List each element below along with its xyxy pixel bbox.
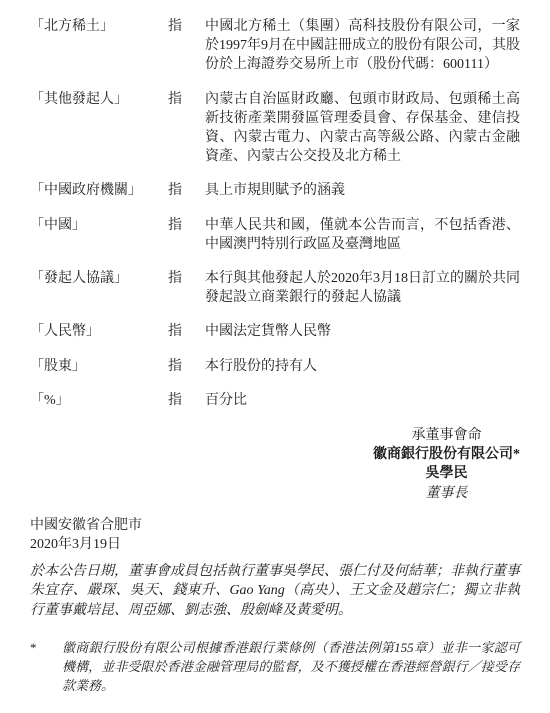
definition-row-percent: 「%」 指 百分比 [30, 391, 520, 410]
definition-connector: 指 [168, 391, 205, 410]
definition-term: 「北方稀土」 [30, 17, 168, 75]
signer-name: 吳學民 [373, 464, 520, 483]
definition-text: 內蒙古自治區財政廳、包頭市財政局、包頭稀土高新技術產業開發區管理委員會、存保基金… [205, 90, 520, 167]
definition-connector: 指 [168, 17, 205, 75]
footnote-marker: * [30, 638, 62, 695]
signer-title: 董事長 [373, 484, 520, 503]
definition-text: 本行股份的持有人 [205, 357, 520, 376]
signature-block: 承董事會命 徽商銀行股份有限公司* 吳學民 董事長 [373, 426, 520, 503]
definition-connector: 指 [168, 269, 205, 307]
footnote-text: 徽商銀行股份有限公司根據香港銀行業條例（香港法例第155章）並非一家認可機構，並… [62, 638, 520, 695]
definition-text: 百分比 [205, 391, 520, 410]
place-date-block: 中國安徽省合肥市 2020年3月19日 [30, 516, 520, 554]
definition-term: 「人民幣」 [30, 322, 168, 341]
place-line: 中國安徽省合肥市 [30, 516, 520, 535]
definition-term: 「中國」 [30, 216, 168, 254]
definition-row-shareholders: 「股東」 指 本行股份的持有人 [30, 357, 520, 376]
definitions-list: 「北方稀土」 指 中國北方稀土（集團）高科技股份有限公司，一家於1997年9月在… [30, 17, 520, 410]
definition-row-other-promoters: 「其他發起人」 指 內蒙古自治區財政廳、包頭市財政局、包頭稀土高新技術產業開發區… [30, 90, 520, 167]
definition-text: 中國法定貨幣人民幣 [205, 322, 520, 341]
definition-connector: 指 [168, 90, 205, 167]
definition-term: 「其他發起人」 [30, 90, 168, 167]
date-line: 2020年3月19日 [30, 535, 520, 554]
definition-row-beifang-xitu: 「北方稀土」 指 中國北方稀土（集團）高科技股份有限公司，一家於1997年9月在… [30, 17, 520, 75]
definition-row-rmb: 「人民幣」 指 中國法定貨幣人民幣 [30, 322, 520, 341]
definition-term: 「%」 [30, 391, 168, 410]
definition-row-prc-government: 「中國政府機關」 指 具上市規則賦予的涵義 [30, 181, 520, 200]
definition-text: 本行與其他發起人於2020年3月18日訂立的關於共同發起設立商業銀行的發起人協議 [205, 269, 520, 307]
definition-term: 「發起人協議」 [30, 269, 168, 307]
footnote-block: * 徽商銀行股份有限公司根據香港銀行業條例（香港法例第155章）並非一家認可機構… [30, 638, 520, 695]
definition-text: 具上市規則賦予的涵義 [205, 181, 520, 200]
definition-connector: 指 [168, 216, 205, 254]
definition-connector: 指 [168, 181, 205, 200]
definition-row-promoters-agreement: 「發起人協議」 指 本行與其他發起人於2020年3月18日訂立的關於共同發起設立… [30, 269, 520, 307]
by-order-of-board-line: 承董事會命 [373, 426, 520, 445]
definition-term: 「中國政府機關」 [30, 181, 168, 200]
definition-row-china: 「中國」 指 中華人民共和國，僅就本公告而言，不包括香港、中國澳門特別行政區及臺… [30, 216, 520, 254]
definition-connector: 指 [168, 357, 205, 376]
definition-text: 中國北方稀土（集團）高科技股份有限公司，一家於1997年9月在中國註冊成立的股份… [205, 17, 520, 75]
board-composition-note: 於本公告日期，董事會成員包括執行董事吳學民、張仁付及何結華；非執行董事朱宜存、嚴… [30, 562, 520, 620]
definition-text: 中華人民共和國，僅就本公告而言，不包括香港、中國澳門特別行政區及臺灣地區 [205, 216, 520, 254]
definition-connector: 指 [168, 322, 205, 341]
announcement-page: 「北方稀土」 指 中國北方稀土（集團）高科技股份有限公司，一家於1997年9月在… [0, 0, 550, 713]
company-name: 徽商銀行股份有限公司* [373, 445, 520, 464]
definition-term: 「股東」 [30, 357, 168, 376]
